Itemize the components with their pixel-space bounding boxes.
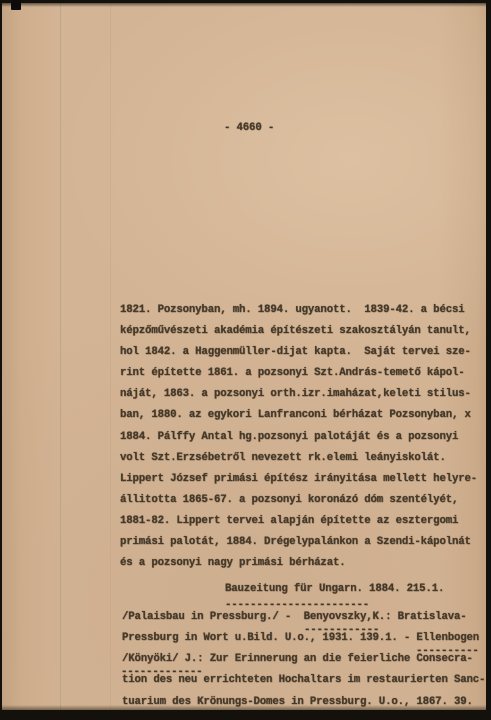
body-line: 1881-82. Lippert tervei alapján építette… (120, 511, 477, 532)
body-line: és a pozsonyi nagy primási bérházat. (120, 553, 477, 574)
body-line: primási palotát, 1884. Drégelypalánkon a… (120, 532, 477, 553)
page-number: - 4660 - (224, 122, 274, 134)
body-line: hol 1842. a Haggenmüller-dijat kapta. Sa… (120, 342, 477, 363)
reference-line: Pressburg in Wort u.Bild. U.o., 1931. 13… (122, 633, 479, 644)
scan-edge-shadow (2, 3, 486, 7)
body-line: rint építette 1861. a pozsonyi Szt.Andrá… (120, 363, 477, 384)
body-line: képzőművészeti akadémia építészeti szako… (120, 321, 477, 342)
reference-line: /Könyöki/ J.: Zur Erinnerung an die feie… (122, 654, 473, 665)
typed-underline: ----------------------- (225, 600, 369, 611)
body-line: ban, 1880. az egykori Lanfranconi bérház… (120, 405, 477, 426)
paper-fold-line (110, 3, 112, 710)
body-line: Lippert József primási építész irányitás… (120, 469, 477, 490)
body-line: állitotta 1865-67. a pozsonyi koronázó d… (120, 490, 477, 511)
scanned-page: - 4660 - 1821. Pozsonyban, mh. 1894. ugy… (2, 3, 486, 710)
body-text-block: 1821. Pozsonyban, mh. 1894. ugyanott. 18… (120, 300, 477, 574)
reference-line: /Palaisbau in Pressburg./ - Benyovszky,K… (122, 612, 467, 623)
body-line: volt Szt.Erzsébetről nevezett rk.elemi l… (120, 448, 477, 469)
body-line: 1884. Pálffy Antal hg.pozsonyi palotáját… (120, 427, 477, 448)
body-line: náját, 1863. a pozsonyi orth.izr.imaháza… (120, 384, 477, 405)
reference-source-title: Bauzeitung für Ungarn. 1884. 215.1. (225, 584, 444, 595)
paper-fold-line (60, 3, 62, 710)
reference-line: tion des neu errichteten Hochaltars im r… (122, 675, 485, 686)
body-line: 1821. Pozsonyban, mh. 1894. ugyanott. 18… (120, 300, 477, 321)
reference-line: tuarium des Krönungs-Domes in Pressburg.… (122, 697, 473, 708)
